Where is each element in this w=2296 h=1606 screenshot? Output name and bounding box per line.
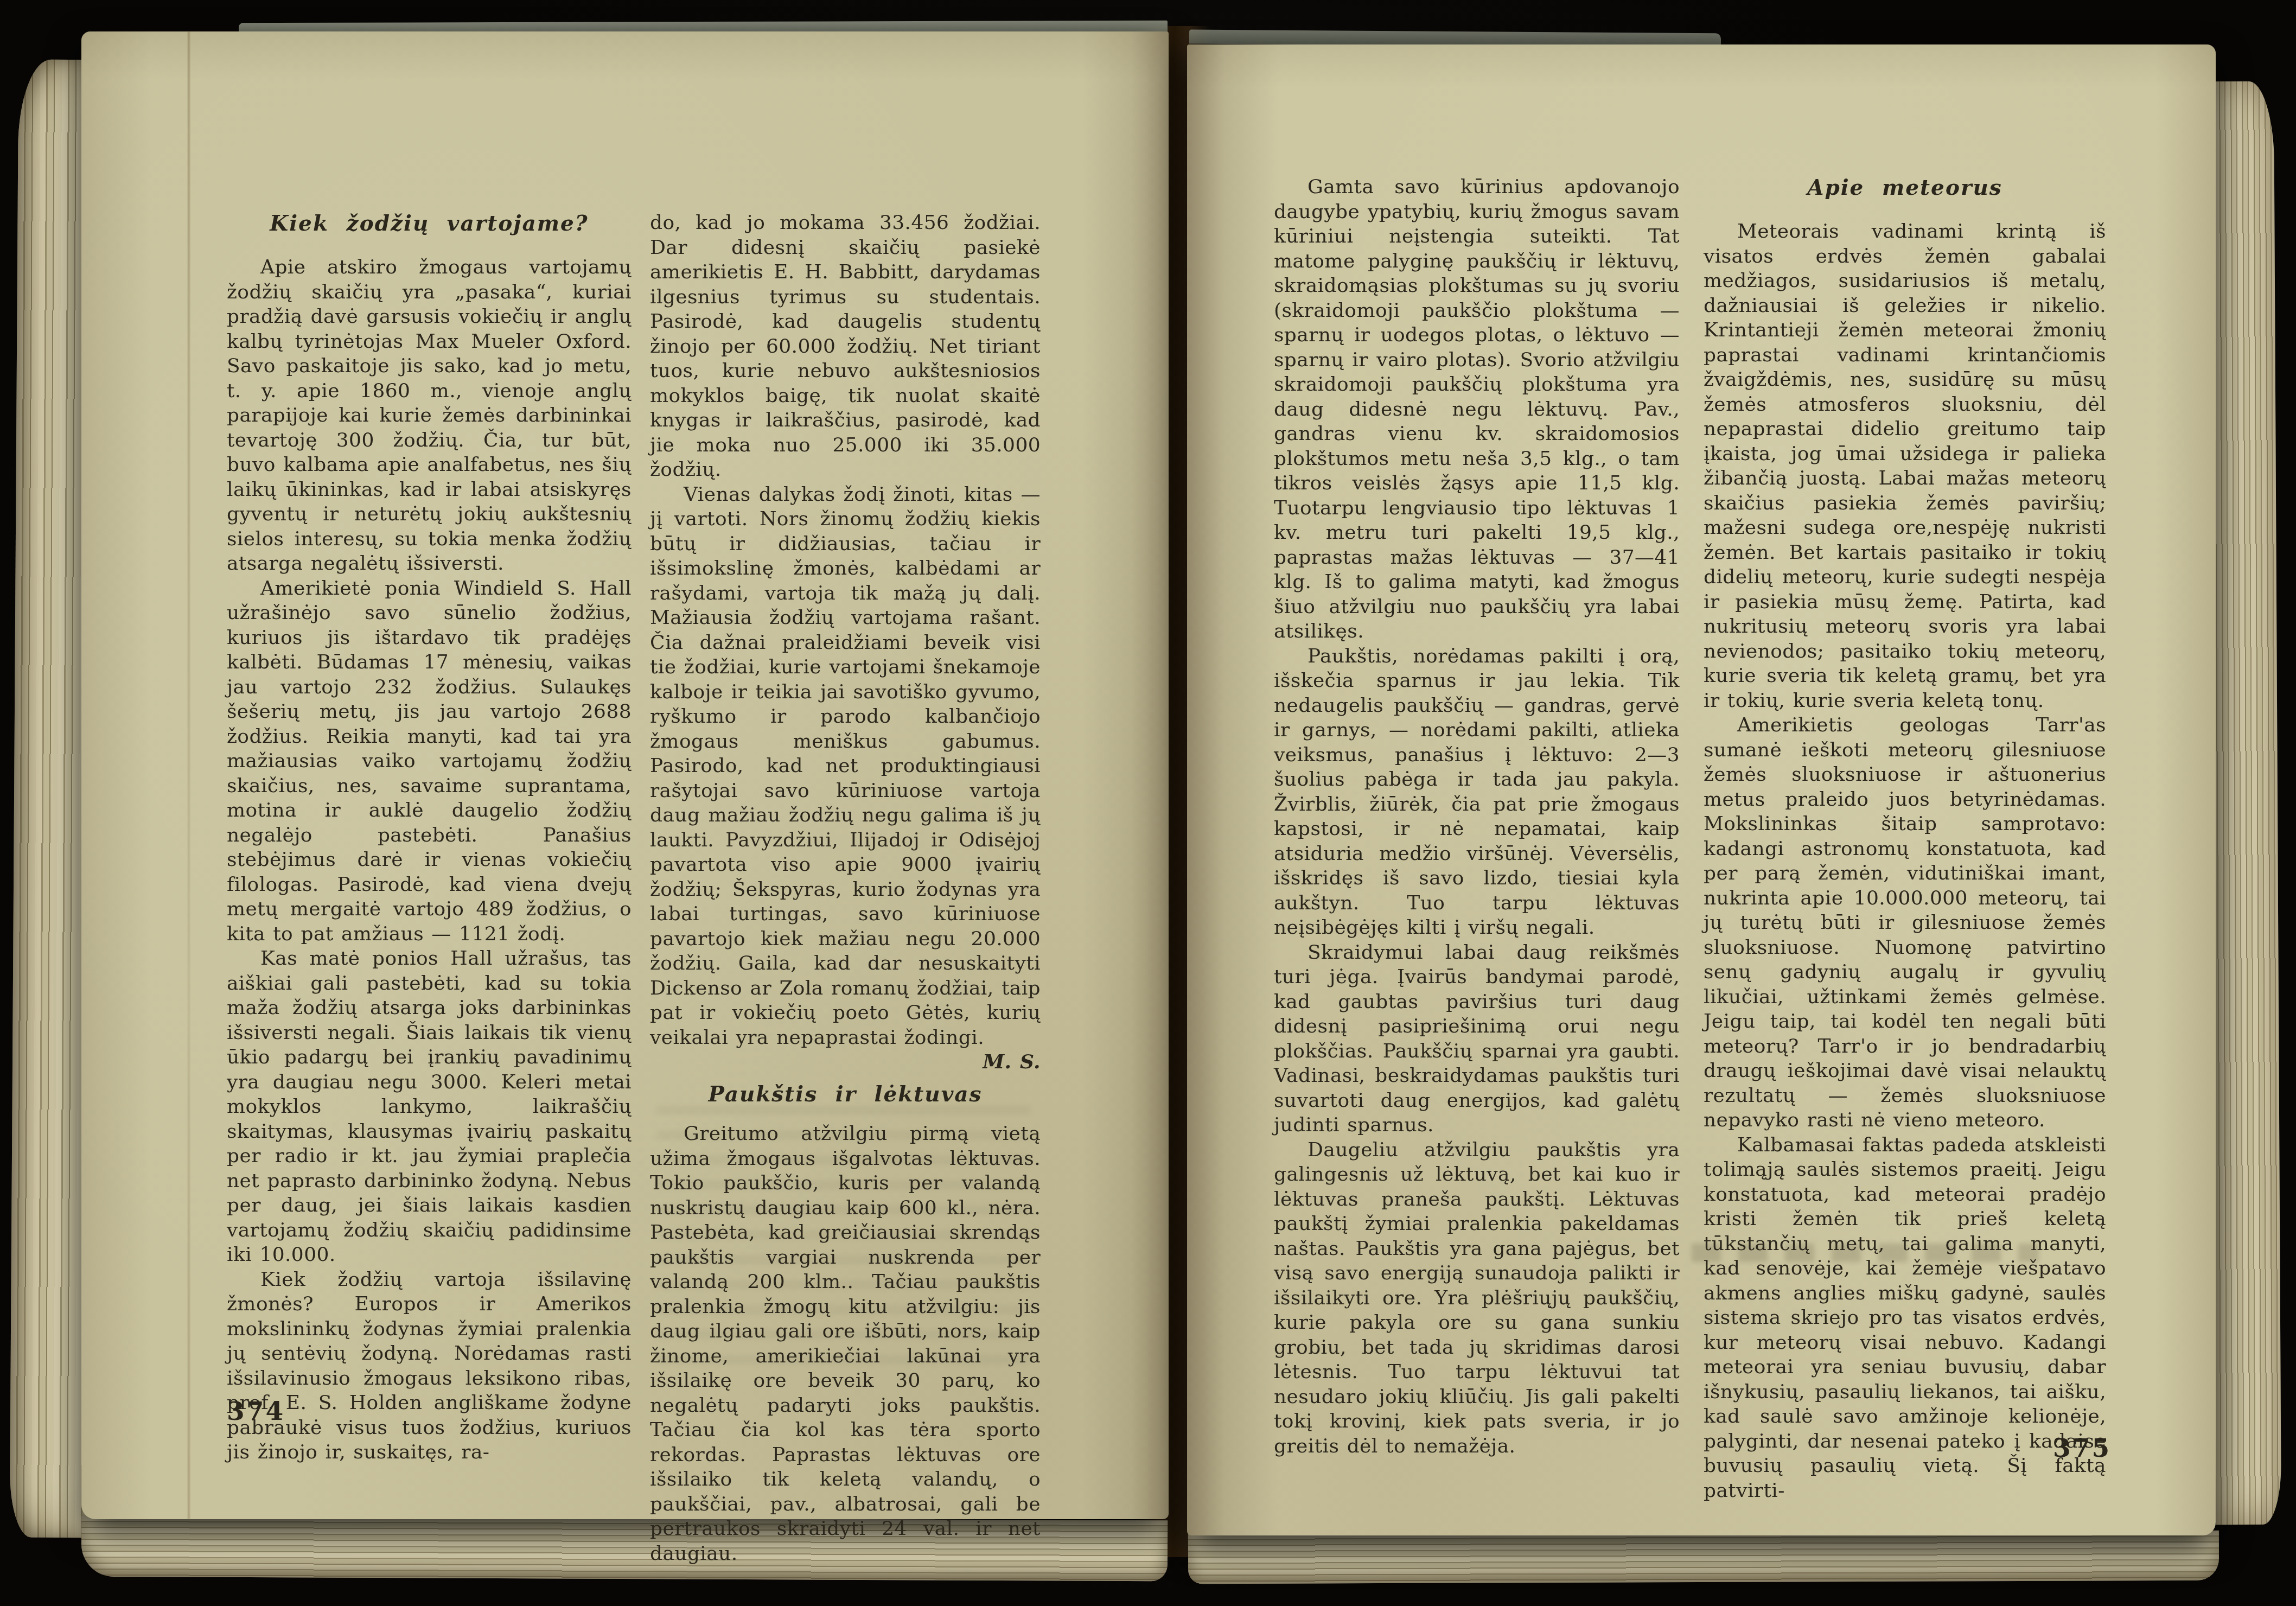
article-paragraph: Vienas dalykas žodį žinoti, kitas — jį v… (650, 482, 1041, 1050)
right-page-column-1: Gamta savo kūrinius apdovanojo daugybe y… (1274, 175, 1680, 1503)
left-page-text-area: Kiek žodžių vartojame? Apie atskiro žmog… (227, 211, 1041, 1566)
right-page-column-2: Apie meteorus Meteorais vadinami krintą … (1704, 175, 2106, 1503)
article-paragraph: Apie atskiro žmogaus vartojamų žodžių sk… (227, 255, 632, 576)
article-paragraph: Amerikietė ponia Windield S. Hall užraši… (227, 576, 632, 947)
page-edges-right (2209, 81, 2281, 1525)
article-paragraph-text: Vienas dalykas žodį žinoti, kitas — jį v… (650, 483, 1041, 1049)
article-paragraph: Paukštis, norėdamas pakilti į orą, išske… (1274, 644, 1680, 940)
article-paragraph: Meteorais vadinami krintą iš visatos erd… (1704, 219, 2106, 713)
left-page-column-1: Kiek žodžių vartojame? Apie atskiro žmog… (227, 211, 632, 1566)
page-number-right: 375 (2053, 1433, 2111, 1463)
left-page: Kiek žodžių vartojame? Apie atskiro žmog… (81, 31, 1169, 1519)
page-edges-bottom-right (1188, 1531, 2219, 1584)
article-paragraph: Greitumo atžvilgiu pirmą vietą užima žmo… (650, 1121, 1041, 1566)
article-paragraph: Skraidymui labai daug reikšmės turi jėga… (1274, 940, 1680, 1138)
left-page-column-2: do, kad jo mokama 33.456 žodžiai. Dar di… (650, 211, 1041, 1566)
author-signature: M. S. (933, 1050, 1041, 1075)
right-page: Gamta savo kūrinius apdovanojo daugybe y… (1187, 44, 2216, 1535)
article-paragraph: Gamta savo kūrinius apdovanojo daugybe y… (1274, 175, 1680, 644)
article-paragraph: Kas matė ponios Hall užrašus, tas aiškia… (227, 946, 632, 1267)
article-paragraph: Amerikietis geologas Tarr'as sumanė iešk… (1704, 713, 2106, 1133)
book-spread: Kiek žodžių vartojame? Apie atskiro žmog… (0, 0, 2296, 1606)
page-crease (188, 31, 190, 1519)
article-paragraph-continuation: do, kad jo mokama 33.456 žodžiai. Dar di… (650, 211, 1041, 482)
article-heading-meteors: Apie meteorus (1704, 175, 2106, 201)
right-page-text-area: Gamta savo kūrinius apdovanojo daugybe y… (1274, 175, 2106, 1503)
article-heading-words: Kiek žodžių vartojame? (227, 211, 632, 237)
article-paragraph: Daugeliu atžvilgiu paukštis yra galinges… (1274, 1138, 1680, 1459)
article-heading-bird-plane: Paukštis ir lėktuvas (650, 1081, 1041, 1107)
page-number-left: 374 (227, 1397, 285, 1426)
article-paragraph: Kiek žodžių vartoja išsilavinę žmonės? E… (227, 1267, 632, 1465)
article-paragraph: Kalbamasai faktas padeda atskleisti toli… (1704, 1133, 2106, 1503)
